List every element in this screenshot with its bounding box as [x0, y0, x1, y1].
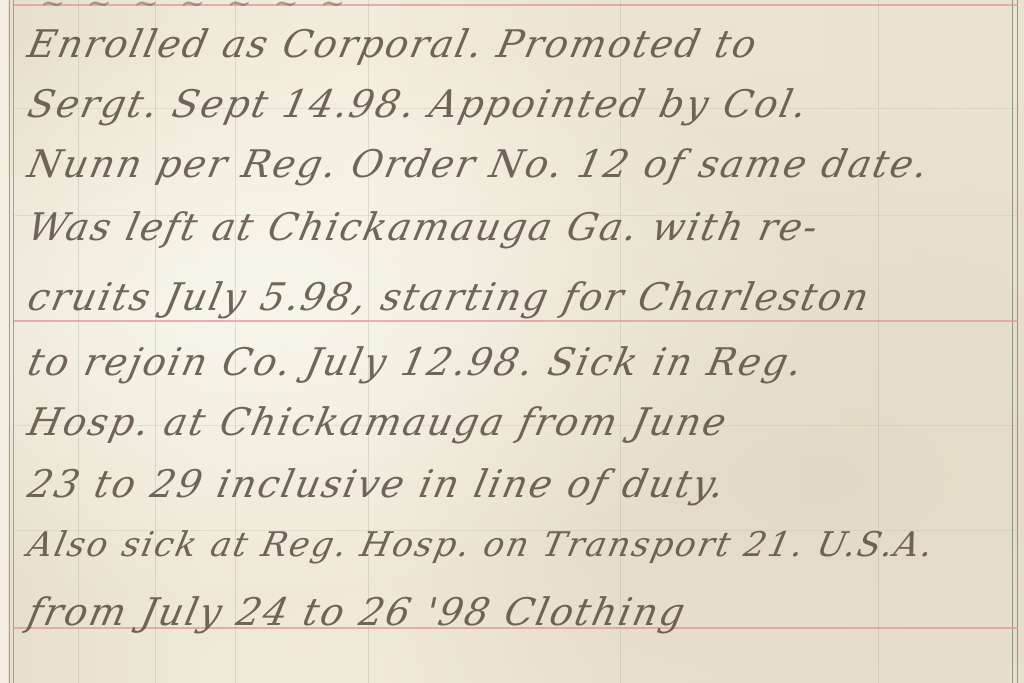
handwritten-line-4: Was left at Chickamauga Ga. with re- [24, 205, 823, 249]
handwritten-line-2: Sergt. Sept 14.98. Appointed by Col. [24, 82, 813, 126]
cut-off-line-above: ~ ~ ~ ~ ~ ~ ~ [40, 0, 351, 21]
handwritten-line-5: cruits July 5.98, starting for Charlesto… [24, 275, 875, 319]
ledger-page: ~ ~ ~ ~ ~ ~ ~ Enrolled as Corporal. Prom… [0, 0, 1024, 683]
grid-column-line [878, 0, 879, 683]
handwritten-line-8: 23 to 29 inclusive in line of duty. [24, 462, 730, 506]
left-margin-line [9, 0, 10, 683]
handwritten-line-9: Also sick at Reg. Hosp. on Transport 21.… [24, 525, 938, 565]
page-edge [0, 0, 8, 683]
handwritten-line-10: from July 24 to 26 '98 Clothing [24, 590, 691, 634]
left-margin-line-inner [13, 0, 14, 683]
handwritten-line-3: Nunn per Reg. Order No. 12 of same date. [24, 142, 934, 186]
right-margin-line-outer [1017, 0, 1018, 683]
handwritten-line-1: Enrolled as Corporal. Promoted to [24, 22, 762, 66]
red-ruled-line [14, 320, 1018, 322]
handwritten-line-6: to rejoin Co. July 12.98. Sick in Reg. [24, 340, 808, 384]
handwritten-line-7: Hosp. at Chickamauga from June [24, 400, 732, 444]
right-margin-line [1012, 0, 1013, 683]
